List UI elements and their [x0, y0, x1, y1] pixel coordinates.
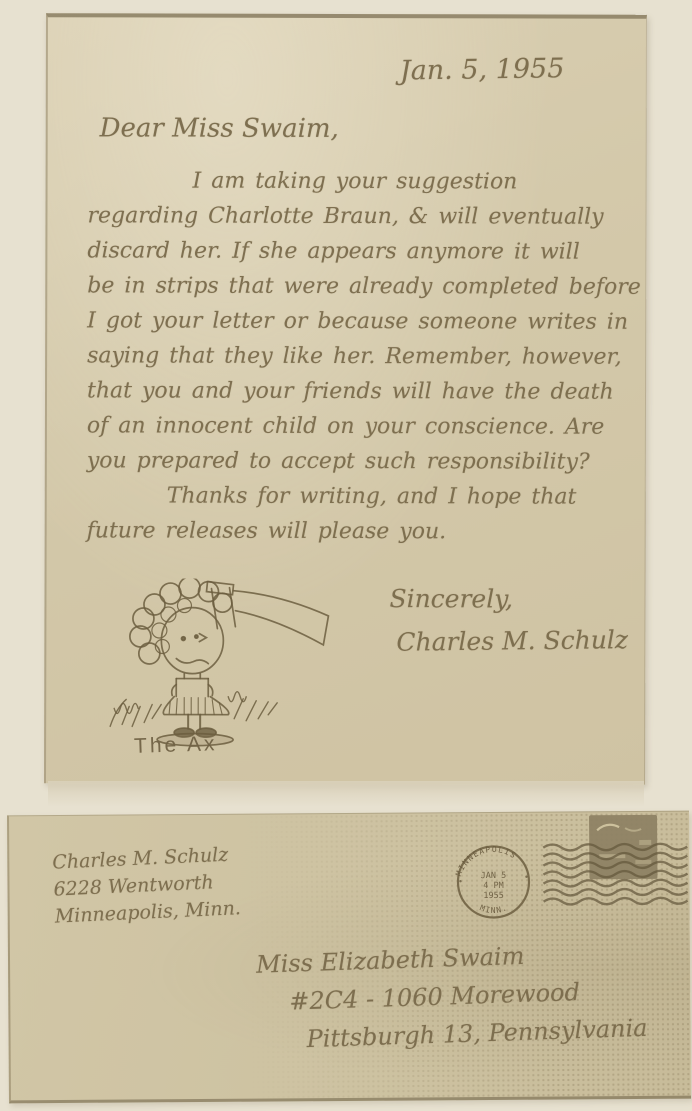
- letter-shadow: [48, 781, 644, 807]
- character-skirt: [163, 697, 229, 715]
- letter-body-line: regarding Charlotte Braun, & will eventu…: [87, 198, 632, 234]
- stamp-and-cancellation: [541, 814, 692, 920]
- letter-body-line: saying that they like her. Remember, how…: [87, 338, 632, 374]
- drawing-caption: The Ax: [134, 732, 218, 759]
- character-head: [161, 608, 223, 674]
- letter-body-line: Thanks for writing, and I hope that: [87, 478, 632, 514]
- letter-body-line: future releases will please you.: [87, 513, 632, 549]
- postmark-time: 4 PM: [483, 881, 504, 891]
- letter-body-line: that you and your friends will have the …: [87, 373, 632, 409]
- letter-page: Jan. 5, 1955 Dear Miss Swaim, I am takin…: [44, 13, 647, 785]
- letter-body-line: discard her. If she appears anymore it w…: [87, 233, 632, 269]
- character-torso: [172, 674, 213, 697]
- postmark-date: JAN 5: [481, 871, 507, 881]
- letter-salutation: Dear Miss Swaim,: [100, 113, 339, 144]
- letter-body-line: you prepared to accept such responsibili…: [87, 443, 632, 479]
- letter-body-line: I am taking your suggestion: [88, 163, 633, 199]
- letter-body-line: I got your letter or because someone wri…: [87, 303, 632, 339]
- postage-stamp: [589, 815, 657, 879]
- grass-right: [228, 692, 277, 721]
- letter-body-line: be in strips that were already completed…: [87, 268, 632, 304]
- postmark-year: 1955: [483, 891, 504, 901]
- scanned-letter-photo: Jan. 5, 1955 Dear Miss Swaim, I am takin…: [0, 0, 692, 1111]
- recipient-address: Miss Elizabeth Swaim #2C4 - 1060 Morewoo…: [255, 933, 648, 1060]
- svg-text:MINN.: MINN.: [478, 903, 509, 915]
- ax-blade: [233, 591, 328, 645]
- letter-signature: Charles M. Schulz: [396, 625, 628, 657]
- postmark-state: MINN.: [478, 903, 509, 915]
- character-face: [176, 634, 208, 664]
- letter-closing: Sincerely,: [389, 584, 513, 613]
- letter-body: I am taking your suggestion regarding Ch…: [87, 163, 633, 549]
- postmark: MINNEAPOLIS MINN. JAN 5 4 PM 1955: [448, 837, 539, 928]
- letter-body-line: of an innocent child on your conscience.…: [87, 408, 632, 444]
- envelope: Charles M. Schulz 6228 Wentworth Minneap…: [7, 811, 691, 1104]
- return-address: Charles M. Schulz 6228 Wentworth Minneap…: [52, 841, 242, 930]
- letter-date: Jan. 5, 1955: [400, 53, 565, 86]
- grass-left: [110, 699, 161, 726]
